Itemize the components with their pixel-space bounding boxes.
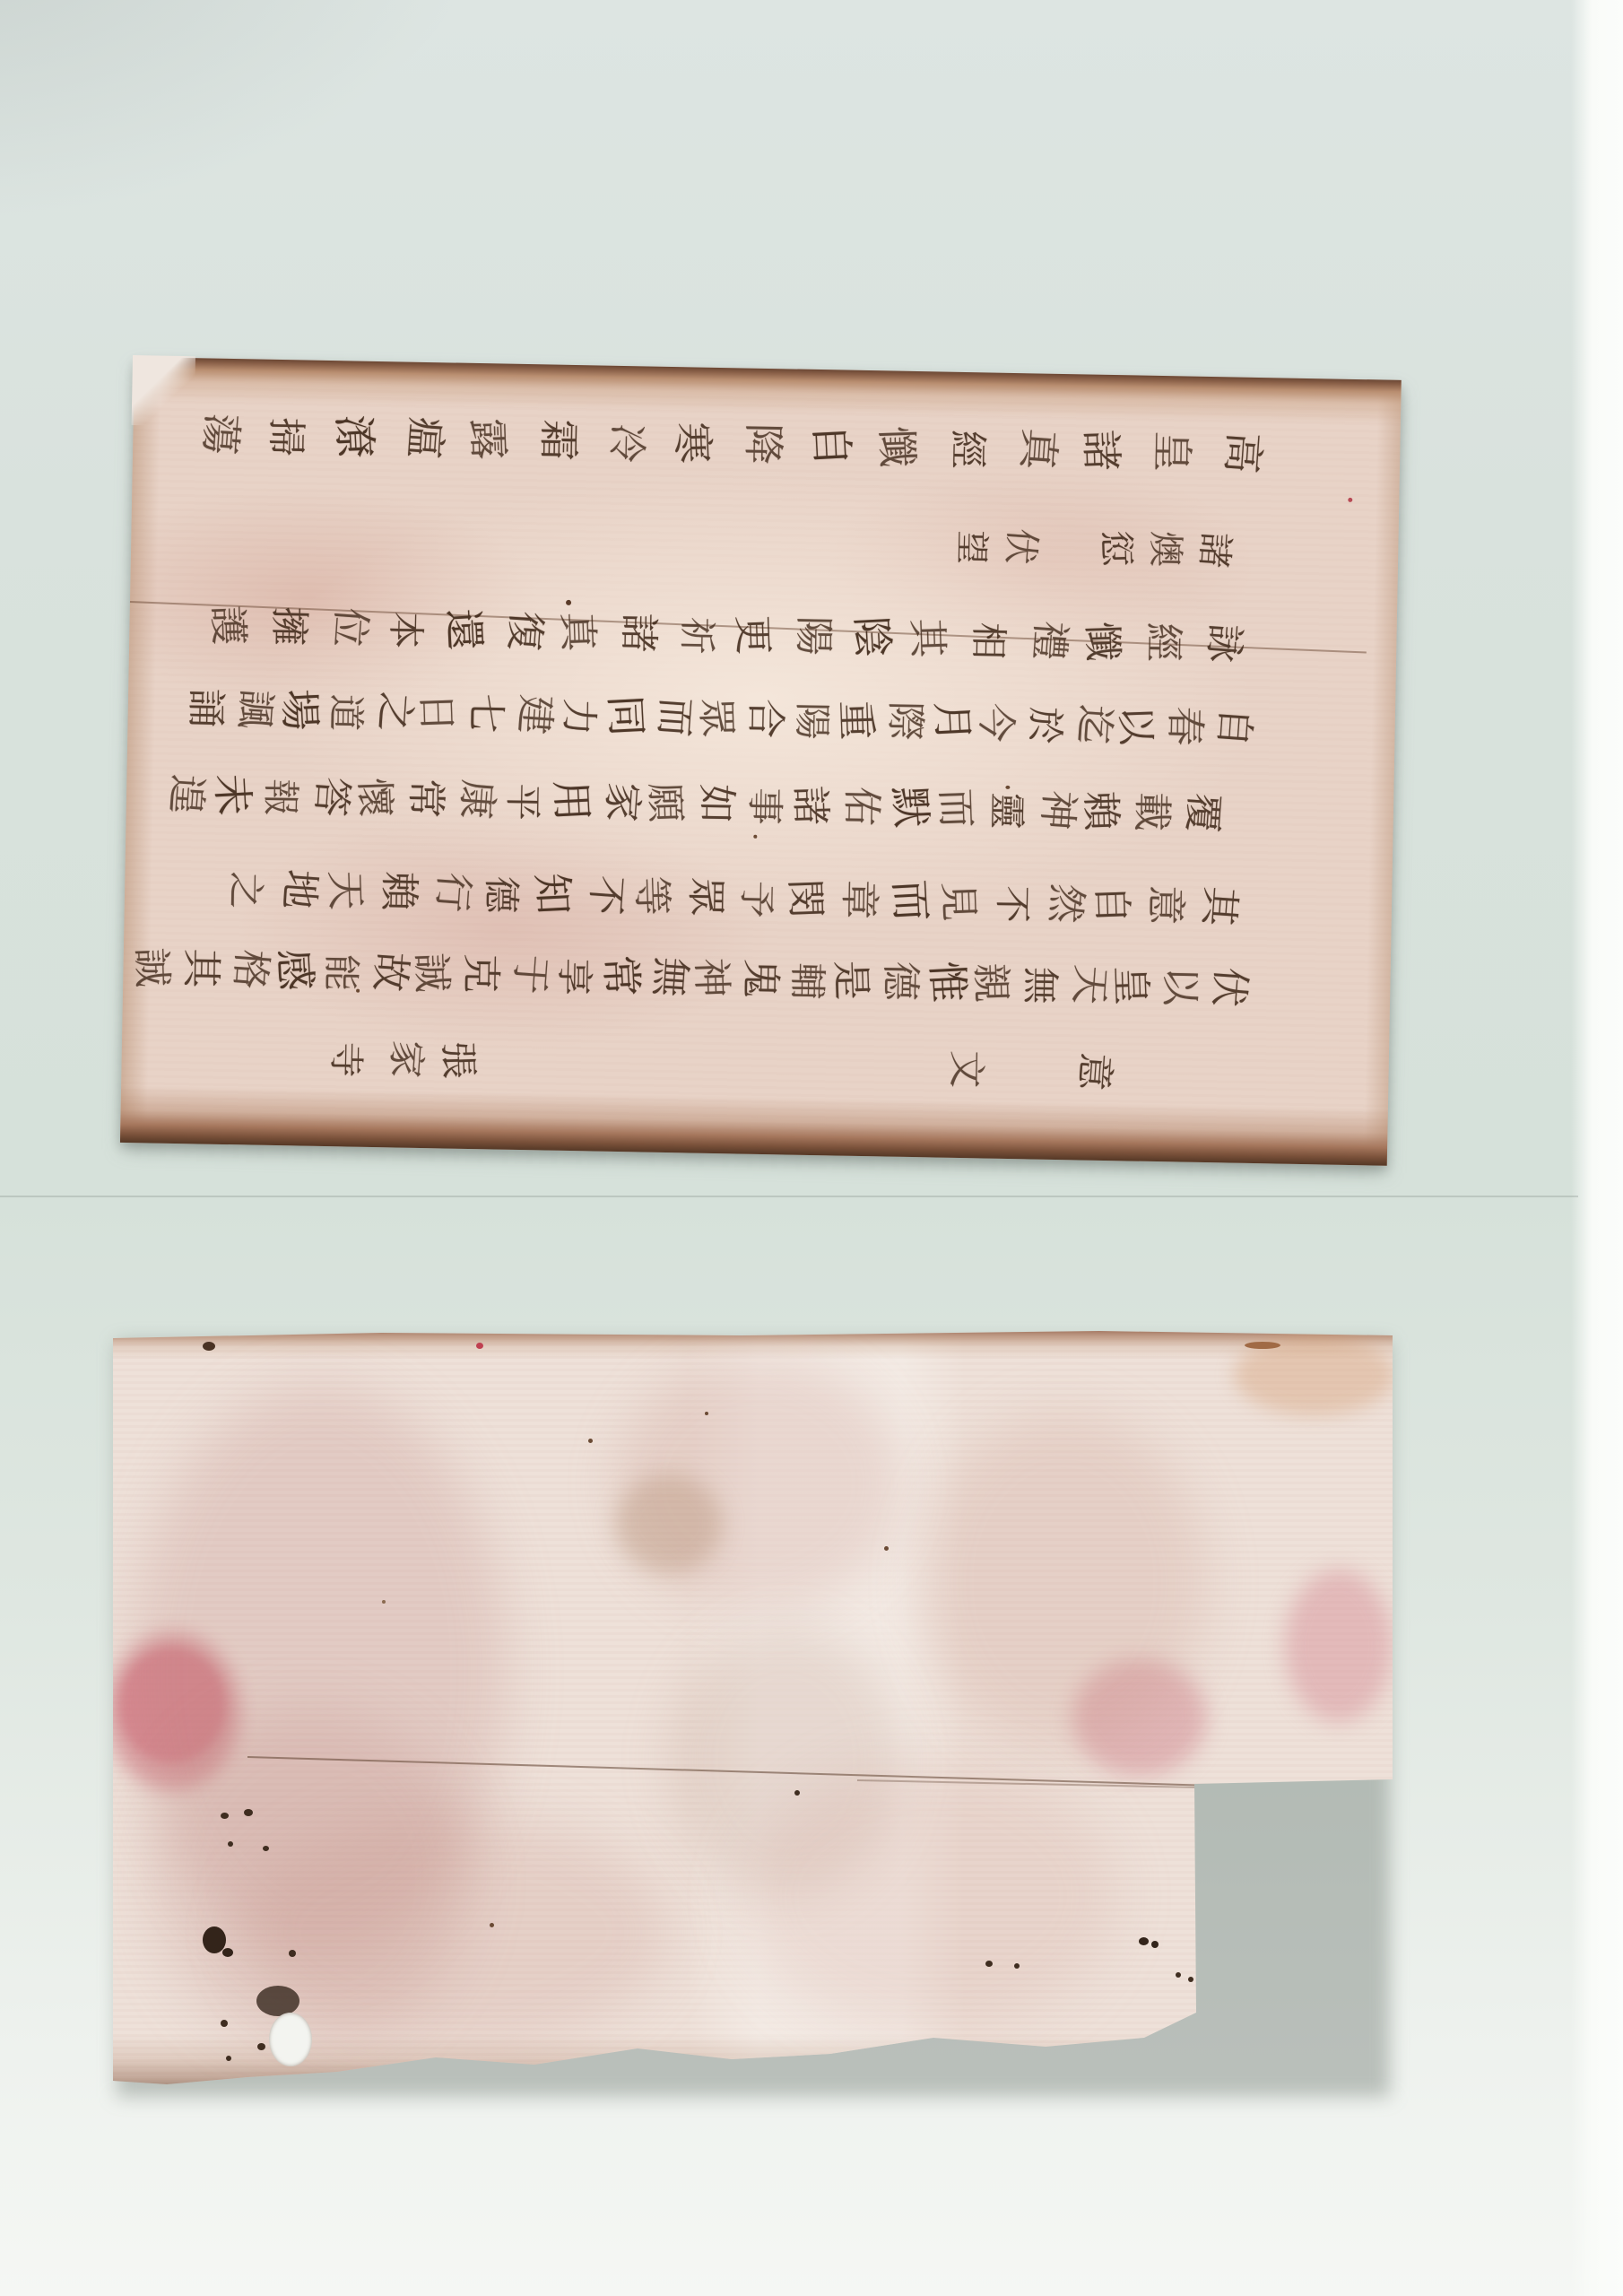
han-character: 伏	[1208, 966, 1250, 1008]
han-character: 高	[1221, 430, 1265, 474]
han-character: 未	[210, 773, 254, 817]
stain	[741, 1761, 1117, 2031]
han-character: 瘟	[404, 416, 447, 460]
han-character: 降	[742, 422, 785, 465]
han-character: 陽	[793, 616, 833, 657]
han-character: 享	[554, 958, 592, 996]
background-seam-line	[0, 1196, 1578, 1197]
han-character: 蕩	[199, 412, 243, 456]
han-character: 誠	[131, 947, 171, 987]
han-character: 報	[261, 778, 299, 816]
han-character: 而	[653, 696, 695, 738]
han-character: 自	[1090, 883, 1131, 924]
han-character: 平	[503, 783, 541, 821]
han-character: 霜	[538, 419, 580, 461]
han-character: 自	[1212, 706, 1254, 748]
han-character: 故	[369, 951, 411, 993]
han-character: 懺	[876, 425, 919, 468]
han-character: 感	[272, 948, 316, 992]
text-column: 伏以皇天無親惟德是輔鬼神無常享于克誠故能感格其誠	[126, 947, 1246, 1007]
ink-speck	[794, 1790, 800, 1796]
han-character: 遑	[165, 773, 207, 815]
han-character: 予	[737, 881, 775, 918]
han-character: 見	[937, 881, 977, 921]
han-character: 本	[386, 612, 423, 649]
han-character: 際	[884, 700, 924, 741]
han-character: 格	[229, 948, 271, 990]
han-character: 潦	[332, 413, 378, 459]
ink-speck	[1151, 1941, 1159, 1948]
text-column: 意文張家寺	[307, 1039, 1111, 1091]
han-character: 真	[1017, 427, 1061, 471]
ink-speck	[221, 1813, 229, 1819]
han-character: 文	[947, 1050, 985, 1089]
han-character: 詠	[1202, 622, 1245, 665]
stain	[615, 1474, 723, 1573]
han-character: 諷	[233, 688, 275, 730]
ink-speck	[356, 989, 360, 993]
han-character: 賴	[378, 871, 419, 911]
ink-speck	[244, 1809, 253, 1816]
han-character: 其	[907, 618, 947, 658]
han-character: 意	[1145, 885, 1185, 926]
han-character: 無	[1020, 967, 1058, 1004]
han-character: 鬼	[740, 958, 780, 998]
han-character: 於	[1026, 707, 1063, 744]
han-character: 親	[970, 962, 1011, 1003]
han-character: 寺	[328, 1041, 364, 1077]
han-character: 眾	[695, 697, 735, 737]
han-character: 伏	[1002, 527, 1040, 566]
hole-smudge	[256, 1986, 299, 2016]
han-character: 月	[929, 700, 973, 744]
ink-speck	[476, 1343, 483, 1349]
han-character: 願	[644, 782, 684, 822]
han-character: 愆	[1098, 530, 1134, 567]
han-character: 七	[464, 693, 505, 734]
han-character: 迄	[1072, 703, 1115, 745]
ink-speck	[1176, 1972, 1181, 1978]
ink-speck	[203, 1342, 215, 1351]
worm-hole	[269, 2013, 312, 2066]
han-character: 事	[745, 787, 783, 825]
han-character: 康	[456, 778, 498, 821]
han-character: 真	[557, 612, 597, 652]
photo: 高皇諸真經懺自降寒冷霜露瘟潦掃蕩諸燠愆伏望詠經懺禮相其陰陽更祈諸真復還本位擁護自…	[0, 0, 1623, 2296]
ink-speck	[1245, 1342, 1280, 1349]
ink-speck	[985, 1961, 993, 1967]
han-character: 等	[630, 875, 671, 916]
han-character: 默	[888, 786, 932, 830]
text-column: 高皇諸真經懺自降寒冷霜露瘟潦掃蕩	[170, 413, 1262, 474]
han-character: 寒	[672, 422, 715, 465]
han-character: 載	[1132, 791, 1172, 831]
han-character: 自	[809, 422, 855, 468]
stain	[920, 1412, 1207, 1752]
han-character: 復	[503, 610, 545, 652]
ink-speck	[1188, 1977, 1193, 1982]
han-character: 位	[328, 606, 370, 648]
han-character: 家	[600, 781, 642, 823]
han-character: 如	[696, 784, 736, 824]
ink-speck	[222, 1948, 233, 1957]
han-character: 而	[934, 787, 975, 828]
han-character: 行	[431, 871, 473, 913]
ink-speck	[226, 2056, 231, 2061]
han-character: 冷	[607, 423, 647, 463]
han-character: 不	[993, 885, 1030, 923]
ink-speck	[257, 2043, 265, 2050]
han-character: 天	[1068, 963, 1110, 1005]
han-character: 誠	[411, 952, 451, 993]
han-character: 之	[373, 691, 415, 733]
han-character: 惟	[924, 960, 968, 1004]
han-character: 答	[310, 776, 352, 818]
ink-speck	[566, 600, 571, 605]
han-character: 賴	[1080, 790, 1120, 831]
ink-speck	[289, 1950, 296, 1957]
han-character: 閔	[784, 878, 824, 918]
han-character: 護	[207, 604, 247, 645]
han-character: 而	[888, 879, 932, 923]
ink-speck	[490, 1923, 494, 1927]
han-character: 相	[968, 622, 1006, 659]
han-character: 更	[732, 614, 772, 655]
han-character: 用	[549, 779, 593, 823]
ink-speck	[588, 1439, 593, 1443]
stain	[239, 1815, 669, 2048]
han-character: 春	[1164, 706, 1204, 746]
han-character: 神	[1036, 789, 1078, 831]
han-character: 誦	[185, 688, 225, 728]
han-character: 合	[744, 699, 785, 739]
han-character: 燠	[1147, 531, 1184, 568]
scanner-margin-strip	[1571, 0, 1623, 2296]
text-column: 其意自然不見而章閔予眾等不知德行賴天地之	[213, 868, 1237, 926]
text-column: 覆載賴神靈而默佑諸事如願家用平康常懷答報未遑	[154, 773, 1220, 832]
ink-speck	[263, 1846, 269, 1851]
han-character: 章	[838, 879, 879, 919]
han-character: 家	[386, 1039, 426, 1079]
han-character: 于	[508, 953, 551, 996]
han-character: 陰	[849, 615, 893, 659]
han-character: 諸	[618, 613, 658, 653]
ink-speck	[1014, 1963, 1020, 1969]
text-column: 詠經懺禮相其陰陽更祈諸真復還本位擁護	[191, 604, 1241, 663]
han-character: 皇	[1110, 965, 1150, 1005]
han-character: 擁	[268, 606, 308, 647]
han-character: 懷	[353, 777, 394, 817]
han-character: 克	[460, 953, 500, 994]
han-character: 懺	[1081, 621, 1122, 661]
han-character: 是	[830, 960, 871, 1000]
han-character: 德	[482, 876, 519, 914]
text-column: 自春以迄於今月際重陽合眾而同力建七日之道場諷誦	[178, 688, 1251, 747]
ink-speck	[221, 2020, 228, 2027]
ink-speck	[705, 1412, 708, 1415]
ink-speck	[753, 835, 757, 839]
han-character: 之	[226, 871, 264, 909]
han-character: 其	[1197, 885, 1239, 927]
han-character: 經	[1142, 622, 1183, 663]
han-character: 以	[1159, 966, 1200, 1006]
han-character: 不	[585, 874, 627, 916]
han-character: 然	[1045, 883, 1087, 925]
han-character: 諸	[1081, 429, 1124, 472]
ink-speck	[1005, 786, 1010, 789]
han-character: 今	[975, 702, 1015, 743]
ink-speck	[1139, 1937, 1149, 1945]
han-character: 能	[321, 953, 359, 991]
han-character: 掃	[266, 417, 306, 457]
han-character: 無	[648, 956, 690, 998]
han-character: 道	[326, 693, 364, 731]
text-column: 諸燠愆伏望	[942, 527, 1230, 569]
han-character: 常	[405, 778, 446, 819]
han-character: 眾	[685, 876, 725, 917]
han-character: 祈	[677, 616, 715, 654]
han-character: 日	[415, 692, 456, 733]
han-character: 其	[180, 948, 221, 988]
han-character: 覆	[1181, 792, 1223, 834]
han-character: 常	[598, 954, 642, 998]
han-character: 地	[278, 868, 320, 910]
han-character: 意	[1074, 1051, 1115, 1091]
han-character: 還	[441, 608, 485, 652]
han-character: 場	[277, 688, 321, 732]
ink-speck	[1348, 498, 1352, 502]
han-character: 建	[513, 693, 555, 735]
han-character: 以	[1115, 705, 1155, 745]
han-character: 力	[560, 698, 597, 735]
han-character: 天	[324, 870, 364, 910]
han-character: 露	[467, 418, 510, 461]
han-character: 諸	[1195, 531, 1234, 570]
ink-speck	[884, 1546, 889, 1551]
ink-speck	[228, 1841, 233, 1847]
han-character: 望	[954, 530, 988, 564]
ink-speck	[382, 1600, 386, 1604]
han-character: 輔	[787, 962, 825, 1000]
han-character: 張	[438, 1040, 477, 1079]
han-character: 靈	[987, 792, 1025, 830]
han-character: 經	[948, 430, 987, 469]
han-character: 佑	[841, 787, 881, 827]
han-character: 德	[880, 961, 920, 1001]
han-character: 重	[835, 700, 875, 740]
han-character: 神	[690, 957, 731, 997]
han-character: 陽	[793, 702, 830, 740]
han-character: 禮	[1028, 619, 1070, 661]
stain	[1285, 1570, 1393, 1722]
manuscript-page-front: 高皇諸真經懺自降寒冷霜露瘟潦掃蕩諸燠愆伏望詠經懺禮相其陰陽更祈諸真復還本位擁護自…	[120, 357, 1402, 1166]
han-character: 知	[530, 872, 574, 916]
han-character: 諸	[789, 785, 829, 825]
han-character: 皇	[1151, 430, 1193, 473]
han-character: 同	[603, 694, 647, 738]
